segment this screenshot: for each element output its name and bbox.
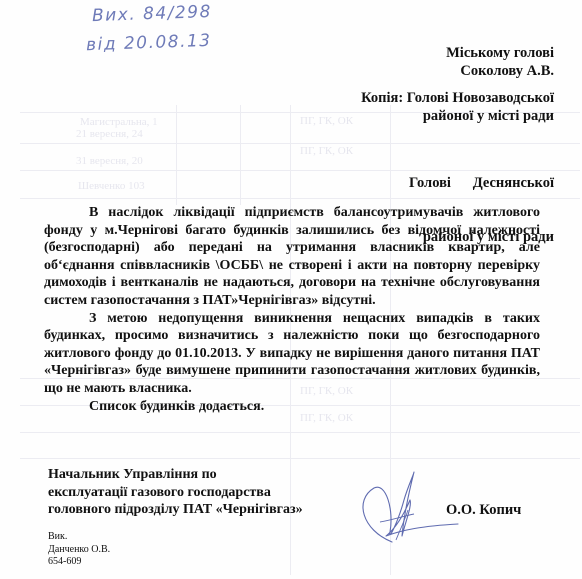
- signatory-position: Начальник Управління по експлуатації газ…: [48, 466, 303, 519]
- addressee-line: Голові Деснянської: [409, 174, 554, 192]
- addressee-primary: Міському голові Соколову А.В.: [446, 44, 554, 80]
- position-line: головного підрозділу ПАТ «Чернігівгаз»: [48, 501, 303, 519]
- letter-body: В наслідок ліквідації підприємств баланс…: [44, 204, 540, 415]
- body-paragraph: В наслідок ліквідації підприємств баланс…: [44, 204, 540, 310]
- position-line: експлуатації газового господарства: [48, 484, 303, 502]
- executor-phone: 654-609: [48, 556, 110, 569]
- letter-page: Магистральна, 1 21 вересня, 24 31 вересн…: [0, 0, 582, 579]
- handwritten-date: від 20.08.13: [86, 31, 212, 55]
- body-paragraph: З метою недопущення виникнення нещасних …: [44, 310, 540, 398]
- position-line: Начальник Управління по: [48, 466, 303, 484]
- addressee-line: районої у місті ради: [361, 107, 554, 125]
- addressee-line: Міському голові: [446, 44, 554, 62]
- addressee-line: Соколову А.В.: [446, 62, 554, 80]
- addressee-line: Копія: Голові Новозаводської: [361, 89, 554, 107]
- executor-info: Вик. Данченко О.В. 654-609: [48, 531, 110, 569]
- body-paragraph: Список будинків додається.: [44, 398, 540, 416]
- signer-name: О.О. Копич: [446, 502, 521, 519]
- handwritten-outgoing-number: Вих. 84/298: [92, 2, 213, 26]
- executor-name: Данченко О.В.: [48, 544, 110, 557]
- addressee-copy-1: Копія: Голові Новозаводської районої у м…: [361, 89, 554, 125]
- executor-label: Вик.: [48, 531, 110, 544]
